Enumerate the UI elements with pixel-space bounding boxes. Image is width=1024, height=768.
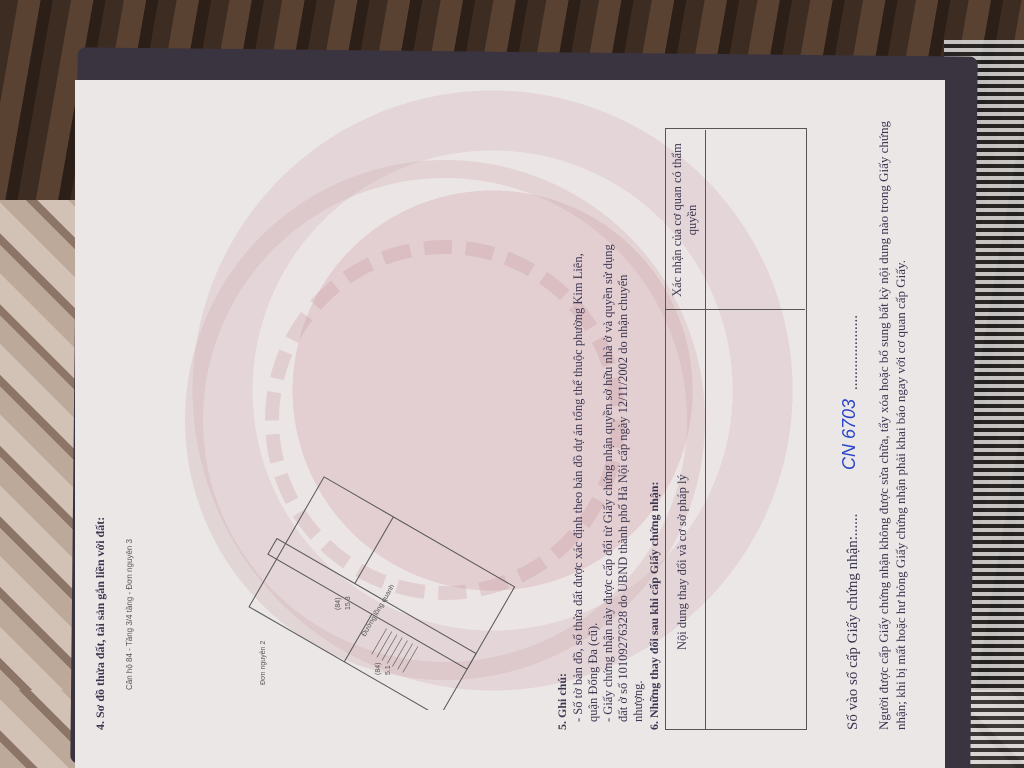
section6-title: 6. Những thay đổi sau khi cấp Giấy chứng… — [647, 482, 662, 730]
note-line: - Số tờ bản đồ, số thửa đất được xác địn… — [571, 253, 586, 722]
plan-room2-area: 5.1 — [385, 665, 392, 675]
certificate-page: 4. Sơ đồ thửa đất, tài sản gắn liền với … — [75, 80, 945, 768]
note-line: đất ở số 10109276328 do UBND thành phố H… — [616, 275, 631, 722]
registry-label: Số vào sổ cấp Giấy chứng nhận:...... — [845, 514, 862, 730]
changes-col1-header: Nội dung thay đổi và cơ sở pháp lý — [675, 474, 690, 650]
note-line: quận Đống Đa (cũ). — [586, 623, 601, 722]
legal-notice: Người được cấp Giấy chứng nhận không đượ… — [875, 110, 909, 730]
section4-title: 4. Sơ đồ thửa đất, tài sản gắn liền với … — [93, 517, 108, 730]
plan-room1-label: (84) — [335, 598, 342, 610]
note-line: nhượng. — [631, 680, 646, 722]
plan-room2-label: (84) — [375, 663, 382, 675]
registry-dots: .................... — [845, 315, 862, 390]
certificate-content: 4. Sơ đồ thửa đất, tài sản gắn liền với … — [75, 80, 945, 768]
section5-title: 5. Ghi chú: — [555, 673, 570, 730]
plan-room1-area: 15.3 — [345, 596, 352, 610]
registry-number: CN 6703 — [839, 399, 860, 470]
note-line: - Giấy chứng nhận này được cấp đổi từ Gi… — [601, 244, 616, 722]
changes-col2-header: Xác nhận của cơ quan có thẩm quyền — [670, 140, 700, 300]
plan-neighbor-label: Đơn nguyên 2 — [260, 641, 267, 685]
plan-caption: Căn hộ 84 - Tầng 3/4 tầng - Đơn nguyên 3 — [125, 539, 134, 690]
